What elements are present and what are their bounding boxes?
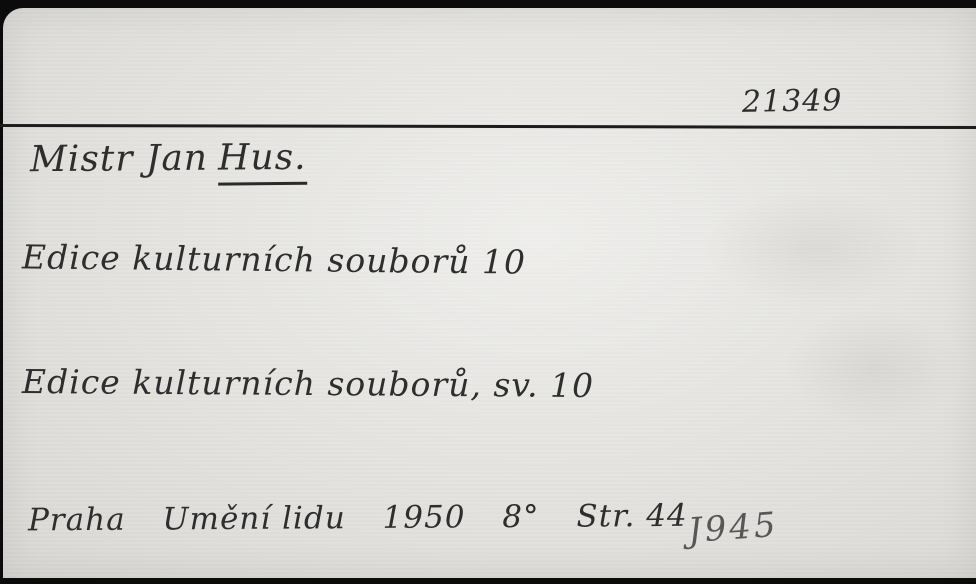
- shelf-mark-pencil: J945: [687, 505, 780, 551]
- title-prefix: Mistr Jan: [30, 138, 208, 181]
- scan-smudge: [703, 188, 923, 308]
- imprint-publisher: Umění lidu: [162, 500, 345, 537]
- imprint-year: 1950: [382, 499, 465, 536]
- series-statement-1: Edice kulturních souborů 10: [22, 237, 526, 281]
- title-underlined-name: Hus.: [218, 137, 307, 186]
- catalog-number: 21349: [742, 83, 843, 120]
- imprint-line: Praha Umění lidu 1950 8° Str. 44: [28, 498, 714, 539]
- title-line: Mistr JanHus.: [30, 137, 307, 187]
- imprint-pages: Str. 44: [576, 498, 688, 535]
- scan-smudge: [783, 308, 963, 428]
- series-statement-2: Edice kulturních souborů, sv. 10: [22, 362, 594, 405]
- imprint-place: Praha: [28, 502, 126, 539]
- imprint-format: 8°: [502, 499, 539, 535]
